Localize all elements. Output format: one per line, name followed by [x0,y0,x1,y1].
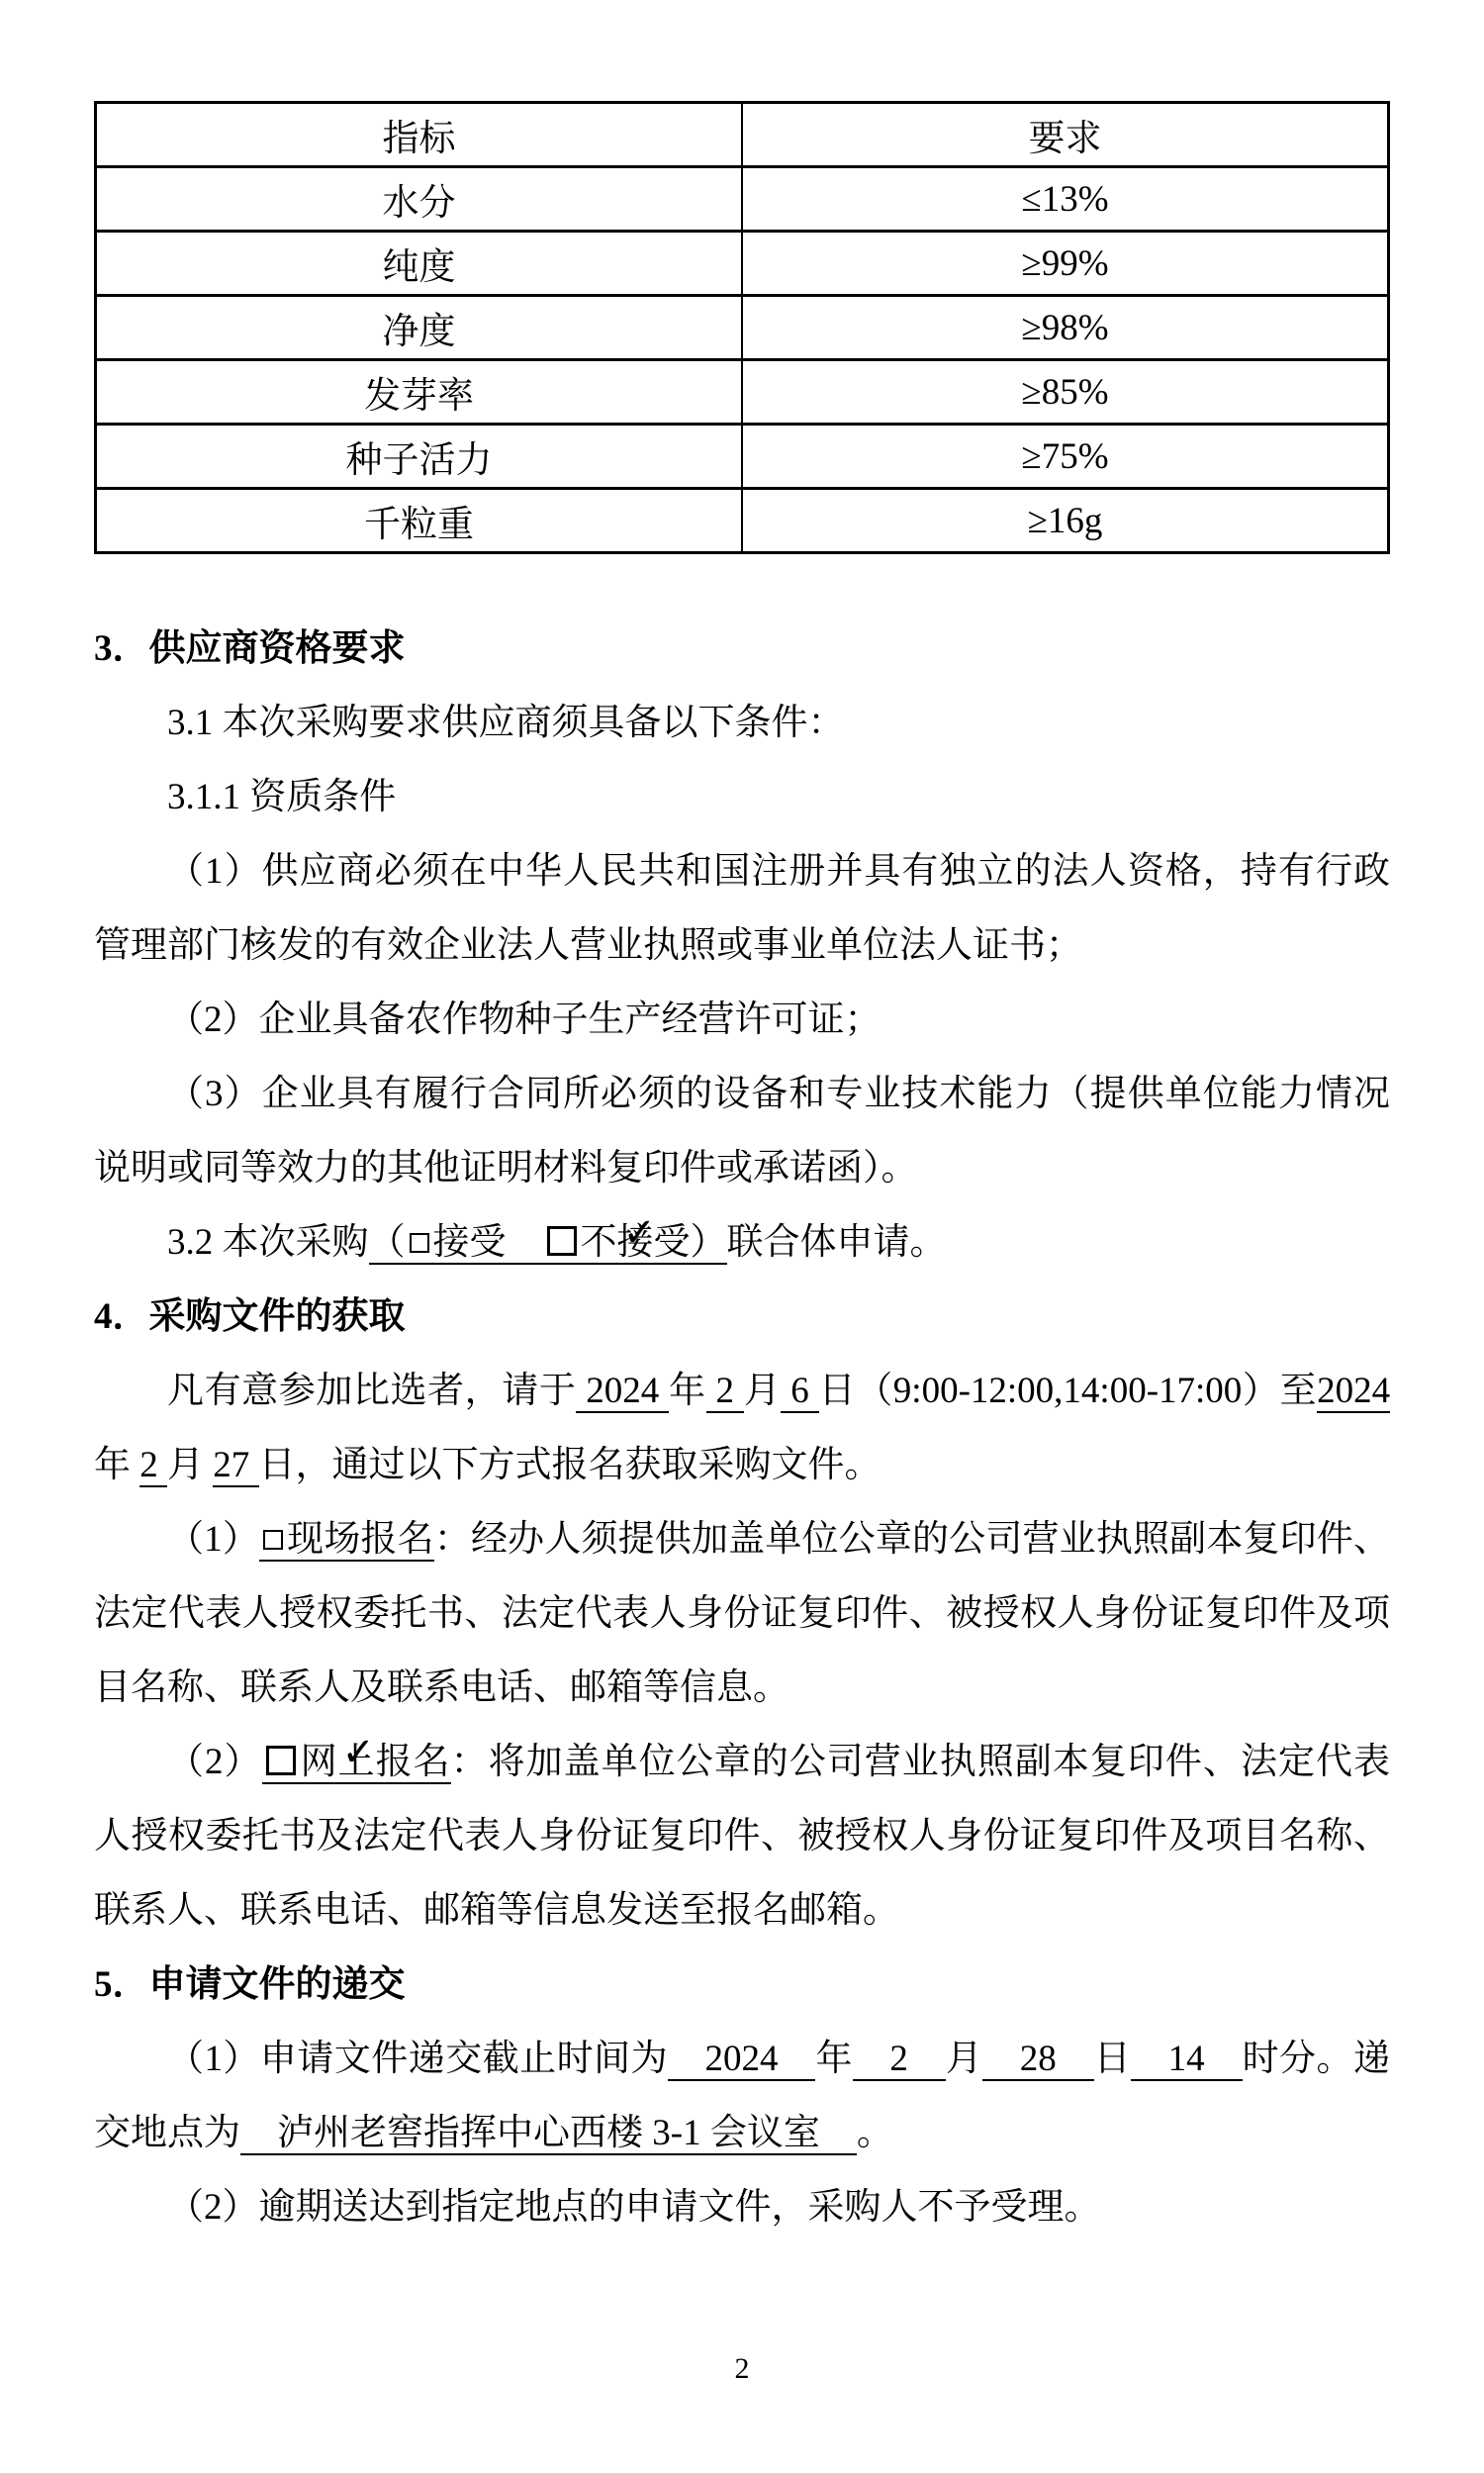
registration-onsite: （1）现场报名：经办人须提供加盖单位公章的公司营业执照副本复印件、法定代表人授权… [94,1502,1390,1725]
checkbox-checked-icon: ✓ [547,1226,577,1256]
requirement-cell: ≥85% [742,360,1389,425]
underlined-blank: ✓ [543,1222,581,1265]
text-run: 月 [744,1371,782,1411]
document-text-flow: 3．供应商资格要求3.1 本次采购要求供应商须具备以下条件：3.1.1 资质条件… [94,612,1390,2244]
text-run: （1）申请文件递交截止时间为 [167,2039,668,2079]
table-row: 千粒重≥16g [96,489,1389,553]
registration-online: （2）✓网上报名：将加盖单位公章的公司营业执照副本复印件、法定代表人授权委托书及… [94,1725,1390,1948]
page-number: 2 [0,2352,1484,2386]
underlined-text: 2024 [576,1371,669,1413]
document-page: 指标要求 水分≤13%纯度≥99%净度≥98%发芽率≥85%种子活力≥75%千粒… [0,0,1484,2473]
column-header: 指标 [96,103,743,167]
underlined-text: 27 [213,1445,258,1487]
requirement-cell: ≤13% [742,167,1389,232]
underlined-text: 2 [853,2039,946,2081]
qualification-item-2: （2）企业具备农作物种子生产经营许可证； [94,983,1390,1057]
underlined-text: 接受 [433,1222,543,1265]
table-row: 纯度≥99% [96,232,1389,296]
spec-table-header: 指标要求 [96,103,1389,167]
checkbox-checked-icon: ✓ [266,1746,296,1775]
underlined-text: 现场报名 [287,1519,434,1562]
table-row: 种子活力≥75% [96,425,1389,489]
column-header: 要求 [742,103,1389,167]
text-run: 3.1.1 资质条件 [167,777,396,817]
underlined-blank [406,1222,433,1265]
indicator-cell: 发芽率 [96,360,743,425]
text-run: 年 [94,1445,139,1485]
text-run: 日，通过以下方式报名获取采购文件。 [259,1445,881,1485]
underlined-text: （ [369,1222,406,1265]
spec-table-header-row: 指标要求 [96,103,1389,167]
document-content: 指标要求 水分≤13%纯度≥99%净度≥98%发芽率≥85%种子活力≥75%千粒… [94,101,1390,2244]
underlined-blank [259,1519,287,1562]
text-run: 3.2 本次采购 [167,1222,369,1263]
text-run: 日 [1094,2039,1131,2079]
clause-3-1-1: 3.1.1 资质条件 [94,760,1390,834]
text-run: 3．供应商资格要求 [94,628,406,669]
underlined-text: 2024 [1317,1371,1390,1413]
text-run: 4．采购文件的获取 [94,1296,406,1337]
indicator-cell: 纯度 [96,232,743,296]
text-run: 日（9:00-12:00,14:00-17:00）至 [819,1371,1317,1411]
submission-late: （2）逾期送达到指定地点的申请文件，采购人不予受理。 [94,2170,1390,2244]
submission-deadline: （1）申请文件递交截止时间为 2024 年 2 月 28 日 14 时分。递交地… [94,2022,1390,2170]
text-run: （2） [167,1742,262,1782]
indicator-cell: 净度 [96,296,743,360]
clause-4-intro: 凡有意参加比选者，请于 2024 年 2 月 6 日（9:00-12:00,14… [94,1354,1390,1502]
clause-3-1: 3.1 本次采购要求供应商须具备以下条件： [94,686,1390,760]
section-4-heading: 4．采购文件的获取 [94,1280,1390,1354]
check-mark-icon: ✓ [269,1733,376,1772]
qualification-item-3: （3）企业具有履行合同所必须的设备和专业技术能力（提供单位能力情况说明或同等效力… [94,1057,1390,1205]
underlined-blank: ✓ [262,1742,300,1784]
underlined-text: 2 [139,1445,167,1487]
underlined-text: 2 [706,1371,744,1413]
underlined-text: 14 [1131,2039,1242,2081]
table-row: 水分≤13% [96,167,1389,232]
text-run: （1） [167,1519,259,1560]
indicator-cell: 水分 [96,167,743,232]
text-run: 月 [946,2039,982,2079]
text-run: 3.1 本次采购要求供应商须具备以下条件： [167,703,845,743]
underlined-text: 泸州老窖指挥中心西楼 3-1 会议室 [240,2113,857,2155]
clause-3-2: 3.2 本次采购（接受 ✓不接受）联合体申请。 [94,1205,1390,1280]
text-run: 。 [857,2113,893,2153]
qualification-item-1: （1）供应商必须在中华人民共和国注册并具有独立的法人资格，持有行政管理部门核发的… [94,834,1390,983]
spec-table-body: 水分≤13%纯度≥99%净度≥98%发芽率≥85%种子活力≥75%千粒重≥16g [96,167,1389,553]
requirement-cell: ≥99% [742,232,1389,296]
text-run: 年 [815,2039,852,2079]
text-run: 凡有意参加比选者，请于 [167,1371,576,1411]
section-3-heading: 3．供应商资格要求 [94,612,1390,686]
text-run: （3）企业具有履行合同所必须的设备和专业技术能力（提供单位能力情况说明或同等效力… [94,1074,1390,1189]
indicator-cell: 种子活力 [96,425,743,489]
requirement-cell: ≥16g [742,489,1389,553]
underlined-text: 28 [982,2039,1093,2081]
spec-table: 指标要求 水分≤13%纯度≥99%净度≥98%发芽率≥85%种子活力≥75%千粒… [94,101,1390,554]
text-run: （2）企业具备农作物种子生产经营许可证； [167,999,881,1040]
checkbox-empty-icon [410,1233,429,1253]
underlined-text: 6 [781,1371,818,1413]
requirement-cell: ≥98% [742,296,1389,360]
text-run: （1）供应商必须在中华人民共和国注册并具有独立的法人资格，持有行政管理部门核发的… [94,851,1390,966]
text-run: 年 [669,1371,706,1411]
text-run: 5．申请文件的递交 [94,1964,406,2005]
table-row: 发芽率≥85% [96,360,1389,425]
requirement-cell: ≥75% [742,425,1389,489]
text-run: （2）逾期送达到指定地点的申请文件，采购人不予受理。 [167,2187,1101,2228]
indicator-cell: 千粒重 [96,489,743,553]
text-run: 月 [167,1445,213,1485]
checkbox-empty-icon [263,1530,283,1550]
underlined-text: 2024 [668,2039,815,2081]
section-5-heading: 5．申请文件的递交 [94,1948,1390,2022]
check-mark-icon: ✓ [550,1213,657,1253]
text-run: 联合体申请。 [727,1222,947,1263]
table-row: 净度≥98% [96,296,1389,360]
